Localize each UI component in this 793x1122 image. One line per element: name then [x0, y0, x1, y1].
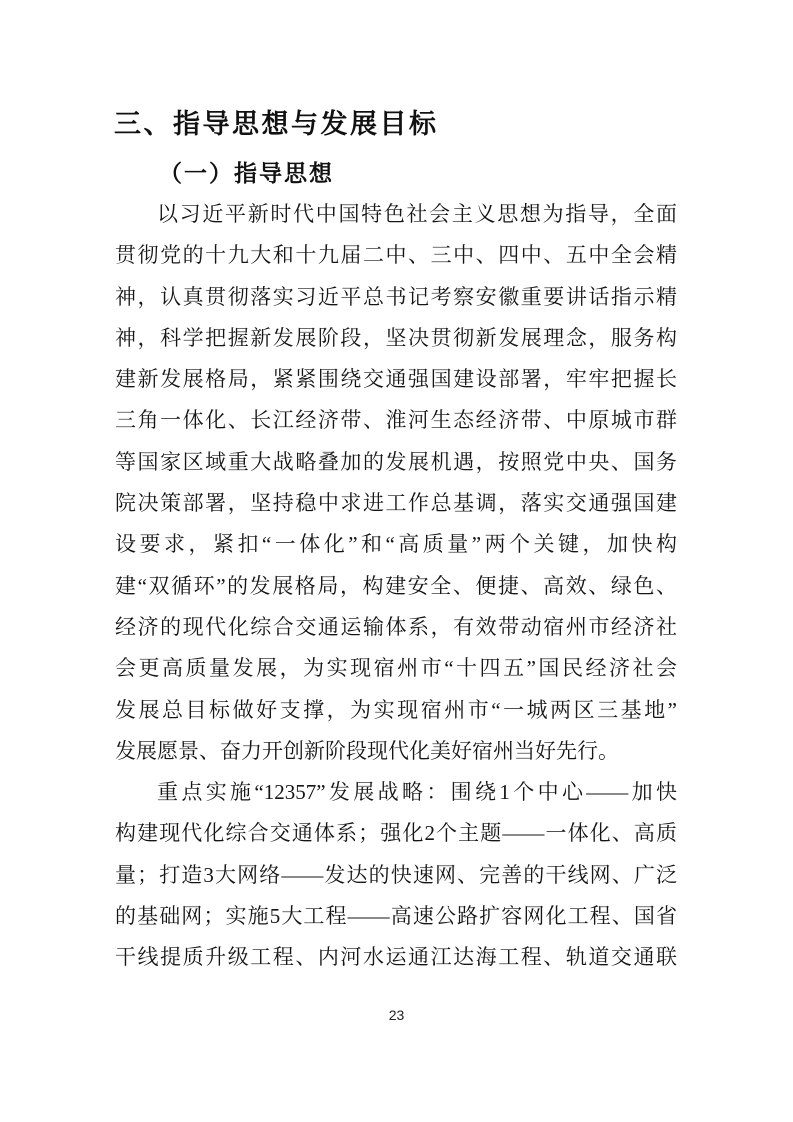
text-line: 三角一体化、长江经济带、淮河生态经济带、中原城市群	[115, 400, 677, 441]
text-line: 贯彻党的十九大和十九届二中、三中、四中、五中全会精	[115, 235, 677, 276]
paragraph: 重点实施“12357”发展战略：围绕1个中心——加快构建现代化综合交通体系；强化…	[115, 772, 677, 978]
text-line: 干线提质升级工程、内河水运通江达海工程、轨道交通联	[115, 937, 677, 978]
text-line: 发展愿景、奋力开创新阶段现代化美好宿州当好先行。	[115, 731, 677, 772]
text-line: 建新发展格局，紧紧围绕交通强国建设部署，牢牢把握长	[115, 359, 677, 400]
text-line: 重点实施“12357”发展战略：围绕1个中心——加快	[115, 772, 677, 813]
text-line: 设要求，紧扣“一体化”和“高质量”两个关键，加快构	[115, 524, 677, 565]
subsection-heading: （一）指导思想	[159, 159, 334, 187]
text-line: 以习近平新时代中国特色社会主义思想为指导，全面	[115, 194, 677, 235]
text-line: 发展总目标做好支撑，为实现宿州市“一城两区三基地”	[115, 690, 677, 731]
text-line: 神，认真贯彻落实习近平总书记考察安徽重要讲话指示精	[115, 277, 677, 318]
text-line: 经济的现代化综合交通运输体系，有效带动宿州市经济社	[115, 607, 677, 648]
paragraph: 以习近平新时代中国特色社会主义思想为指导，全面贯彻党的十九大和十九届二中、三中、…	[115, 194, 677, 772]
text-line: 的基础网；实施5大工程——高速公路扩容网化工程、国省	[115, 896, 677, 937]
page-number: 23	[0, 1007, 793, 1023]
text-line: 建“双循环”的发展格局，构建安全、便捷、高效、绿色、	[115, 566, 677, 607]
document-page: 三、指导思想与发展目标 （一）指导思想 以习近平新时代中国特色社会主义思想为指导…	[0, 0, 793, 1122]
text-line: 神，科学把握新发展阶段，坚决贯彻新发展理念，服务构	[115, 318, 677, 359]
section-heading: 三、指导思想与发展目标	[114, 108, 676, 140]
text-line: 等国家区域重大战略叠加的发展机遇，按照党中央、国务	[115, 442, 677, 483]
text-line: 院决策部署，坚持稳中求进工作总基调，落实交通强国建	[115, 483, 677, 524]
text-line: 量；打造3大网络——发达的快速网、完善的干线网、广泛	[115, 855, 677, 896]
text-line: 构建现代化综合交通体系；强化2个主题——一体化、高质	[115, 813, 677, 854]
text-line: 会更高质量发展，为实现宿州市“十四五”国民经济社会	[115, 648, 677, 689]
body-text: 以习近平新时代中国特色社会主义思想为指导，全面贯彻党的十九大和十九届二中、三中、…	[115, 194, 677, 979]
